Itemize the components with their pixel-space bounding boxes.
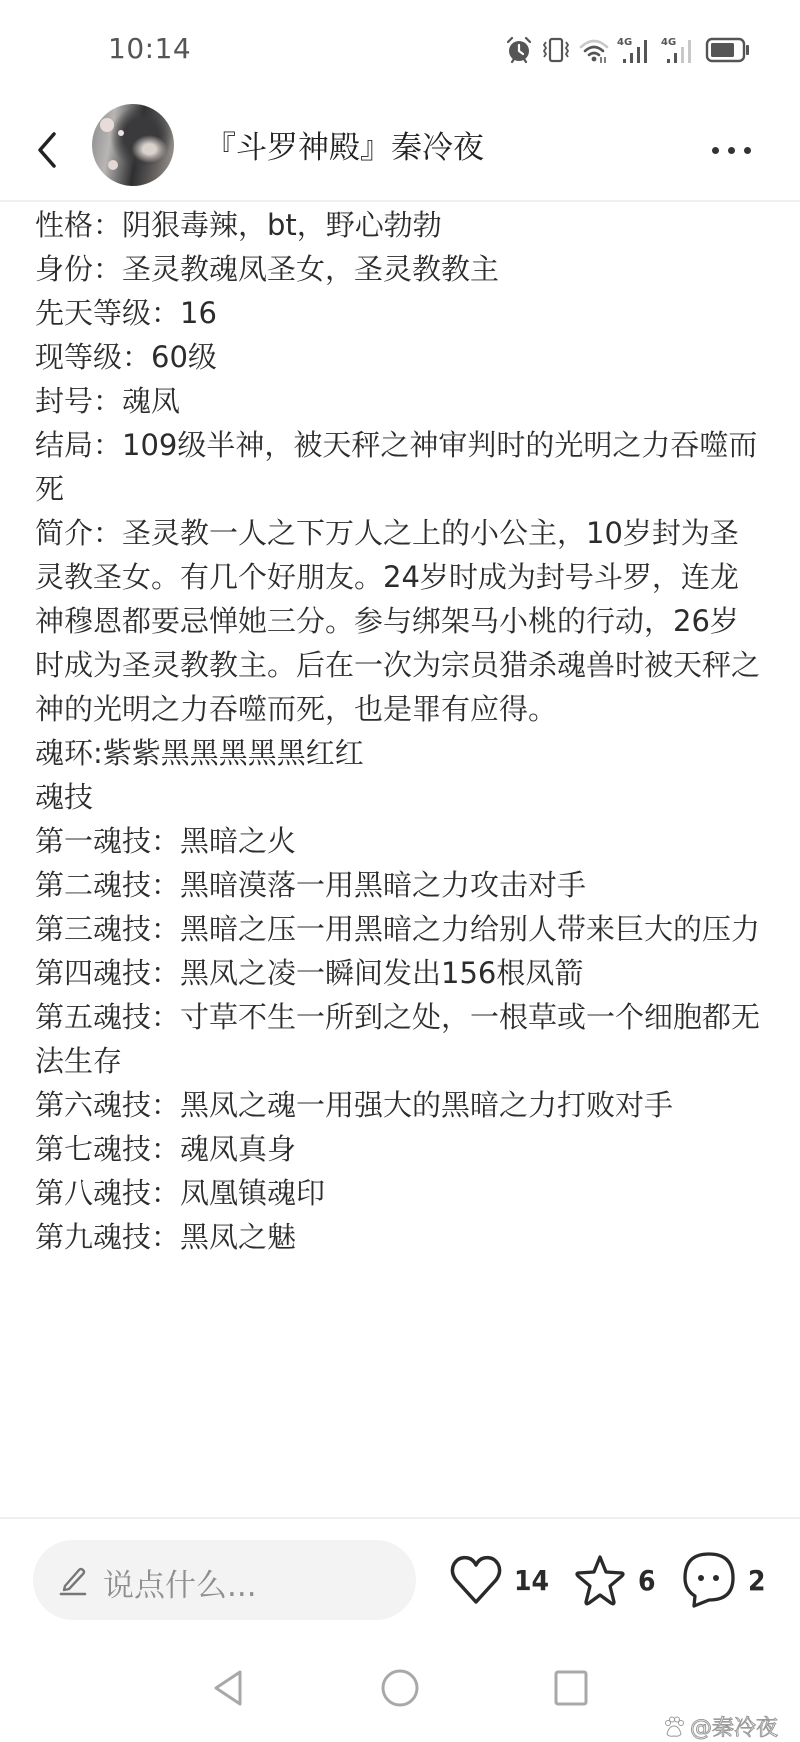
post-line: 封号：魂凤 — [35, 379, 765, 423]
nav-home-icon — [380, 1668, 420, 1708]
svg-text:4G: 4G — [661, 37, 676, 48]
more-horizontal-icon-dot — [744, 147, 751, 154]
post-line: 第六魂技：黑凤之魂一用强大的黑暗之力打败对手 — [35, 1083, 765, 1127]
more-horizontal-icon-dot — [728, 147, 735, 154]
svg-text:4G: 4G — [617, 37, 632, 48]
like-button[interactable]: 14 — [448, 1548, 549, 1612]
nav-recents-button[interactable] — [552, 1668, 590, 1712]
status-time: 10:14 — [108, 32, 191, 65]
signal-4g-1-icon: 4G — [617, 35, 653, 65]
post-line: 魂技 — [35, 775, 765, 819]
battery-icon — [705, 36, 751, 64]
nav-home-button[interactable] — [380, 1668, 420, 1712]
post-line: 第一魂技：黑暗之火 — [35, 819, 765, 863]
post-line: 简介：圣灵教一人之下万人之上的小公主，10岁封为圣灵教圣女。有几个好朋友。24岁… — [35, 511, 765, 731]
post-line: 第五魂技：寸草不生一所到之处，一根草或一个细胞都无法生存 — [35, 995, 765, 1083]
status-icons: 4G 4G — [505, 33, 751, 67]
divider — [0, 1517, 800, 1519]
comment-placeholder: 说点什么... — [103, 1560, 257, 1605]
chevron-left-icon — [30, 120, 70, 180]
watermark: @秦冷夜 — [662, 1711, 778, 1733]
like-count: 14 — [514, 1564, 549, 1597]
star-icon — [572, 1552, 628, 1608]
post-line: 魂环:紫紫黑黑黑黑黑红红 — [35, 731, 765, 775]
comments-button[interactable]: 2 — [680, 1548, 766, 1612]
vibrate-icon — [541, 36, 571, 64]
heart-icon — [448, 1552, 504, 1608]
comment-input[interactable]: 说点什么... — [33, 1540, 416, 1620]
more-horizontal-icon-dot — [712, 147, 719, 154]
avatar[interactable] — [92, 104, 174, 186]
post-line: 第七魂技：魂凤真身 — [35, 1127, 765, 1171]
wifi-icon — [579, 36, 609, 64]
comment-bubble-icon — [680, 1550, 738, 1610]
post-line: 结局：109级半神，被天秤之神审判时的光明之力吞噬而死 — [35, 423, 765, 511]
header: 『斗罗神殿』秦冷夜 — [0, 100, 800, 202]
pencil-icon — [57, 1562, 91, 1596]
more-options-button[interactable] — [712, 138, 758, 162]
favorite-button[interactable]: 6 — [572, 1548, 656, 1612]
nav-back-icon — [210, 1668, 246, 1708]
watermark-text: @秦冷夜 — [690, 1711, 778, 1733]
post-line: 第二魂技：黑暗漠落一用黑暗之力攻击对手 — [35, 863, 765, 907]
favorite-count: 6 — [638, 1564, 656, 1597]
post-line: 第三魂技：黑暗之压一用黑暗之力给别人带来巨大的压力 — [35, 907, 765, 951]
status-bar: 10:14 4G 4G — [0, 0, 800, 100]
post-line: 身份：圣灵教魂凤圣女，圣灵教教主 — [35, 247, 765, 291]
back-button[interactable] — [30, 120, 70, 180]
post-line: 第四魂技：黑凤之凌一瞬间发出156根凤箭 — [35, 951, 765, 995]
post-line: 现等级：60级 — [35, 335, 765, 379]
baidu-paw-icon — [662, 1715, 686, 1734]
post-line: 先天等级：16 — [35, 291, 765, 335]
nav-recents-icon — [552, 1668, 590, 1708]
post-line: 性格：阴狠毒辣，bt，野心勃勃 — [35, 203, 765, 247]
signal-4g-2-icon: 4G — [661, 35, 697, 65]
alarm-icon — [505, 36, 533, 64]
page-title: 『斗罗神殿』秦冷夜 — [205, 122, 484, 167]
post-line: 第九魂技：黑凤之魅 — [35, 1215, 765, 1259]
post-line: 第八魂技：凤凰镇魂印 — [35, 1171, 765, 1215]
post-content: 性格：阴狠毒辣，bt，野心勃勃 身份：圣灵教魂凤圣女，圣灵教教主 先天等级：16… — [35, 203, 765, 1259]
comment-count: 2 — [748, 1564, 766, 1597]
nav-back-button[interactable] — [210, 1668, 246, 1712]
